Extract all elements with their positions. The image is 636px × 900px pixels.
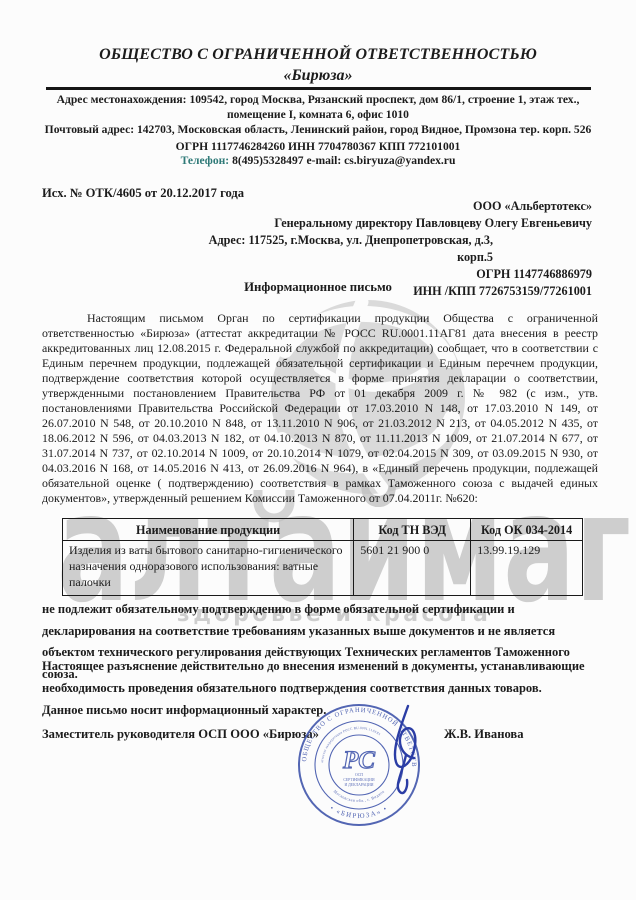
product-codes-table: Наименование продукции Код ТН ВЭД Код ОК… bbox=[62, 518, 583, 596]
signer-position: Заместитель руководителя ОСП ООО «Бирюза… bbox=[42, 727, 319, 742]
stamp-center-line2: СЕРТИФИКАЦИИ bbox=[343, 778, 375, 782]
letter-body-paragraph: Настоящим письмом Орган по сертификации … bbox=[42, 311, 598, 506]
cell-product-name: Изделия из ваты бытового санитарно-гигие… bbox=[63, 541, 354, 596]
company-registration-numbers: ОГРН 1117746284260 ИНН 7704780367 КПП 77… bbox=[0, 139, 636, 154]
phone-email-value: 8(495)5328497 e-mail: cs.biryuza@yandex.… bbox=[232, 154, 455, 167]
validity-paragraph: Настоящее разъяснение действительно до в… bbox=[42, 656, 598, 699]
svg-text:Московская обл., г. Видное: Московская обл., г. Видное bbox=[333, 789, 386, 804]
cell-tnved-code: 5601 21 900 0 bbox=[354, 541, 471, 596]
recipient-person: Генеральному директору Павловцеву Олегу … bbox=[172, 215, 592, 232]
company-contacts: Телефон: 8(495)5328497 e-mail: cs.biryuz… bbox=[0, 153, 636, 168]
column-header-tnved-code: Код ТН ВЭД bbox=[354, 519, 471, 541]
column-header-product-name: Наименование продукции bbox=[63, 519, 354, 541]
stamp-outer-ring-bottom-text: • «БИРЮЗА» • bbox=[329, 804, 390, 820]
recipient-company: ООО «Альбертотекс» bbox=[172, 198, 592, 215]
company-address-line1: Адрес местонахождения: 109542, город Мос… bbox=[0, 92, 636, 107]
column-header-ok-code: Код ОК 034-2014 bbox=[471, 519, 583, 541]
stamp-center-line1: ОСП bbox=[355, 773, 363, 777]
stamp-center-logo: РС bbox=[342, 747, 375, 774]
stamp-center-line3: И ДЕКЛАРАЦИИ bbox=[344, 783, 373, 787]
company-seal-stamp: ОБЩЕСТВО С ОГРАНИЧЕННОЙ ОТВЕТСТВЕН • «БИ… bbox=[296, 700, 438, 836]
document-page: алтаймаг здоровье и красота ОБЩЕСТВО С О… bbox=[0, 0, 636, 900]
company-type-title: ОБЩЕСТВО С ОГРАНИЧЕННОЙ ОТВЕТСТВЕННОСТЬЮ bbox=[0, 46, 636, 64]
stamp-inner-ring-bottom-text: Московская обл., г. Видное bbox=[333, 789, 386, 804]
table-row: Изделия из ваты бытового санитарно-гигие… bbox=[63, 541, 583, 596]
header-divider bbox=[46, 87, 591, 90]
svg-text:• «БИРЮЗА» •: • «БИРЮЗА» • bbox=[329, 804, 390, 820]
table-header-row: Наименование продукции Код ТН ВЭД Код ОК… bbox=[63, 519, 583, 541]
phone-label: Телефон: bbox=[181, 154, 230, 167]
letter-title: Информационное письмо bbox=[0, 280, 636, 295]
company-name: «Бирюза» bbox=[0, 67, 636, 85]
signer-name: Ж.В. Иванова bbox=[444, 727, 524, 742]
cell-ok-code: 13.99.19.129 bbox=[471, 541, 583, 596]
company-address-line2: помещение I, комната 6, офис 1010 bbox=[0, 107, 636, 122]
recipient-address: Адрес: 117525, г.Москва, ул. Днепропетро… bbox=[172, 232, 592, 266]
company-postal-address: Почтовый адрес: 142703, Московская облас… bbox=[0, 122, 636, 137]
